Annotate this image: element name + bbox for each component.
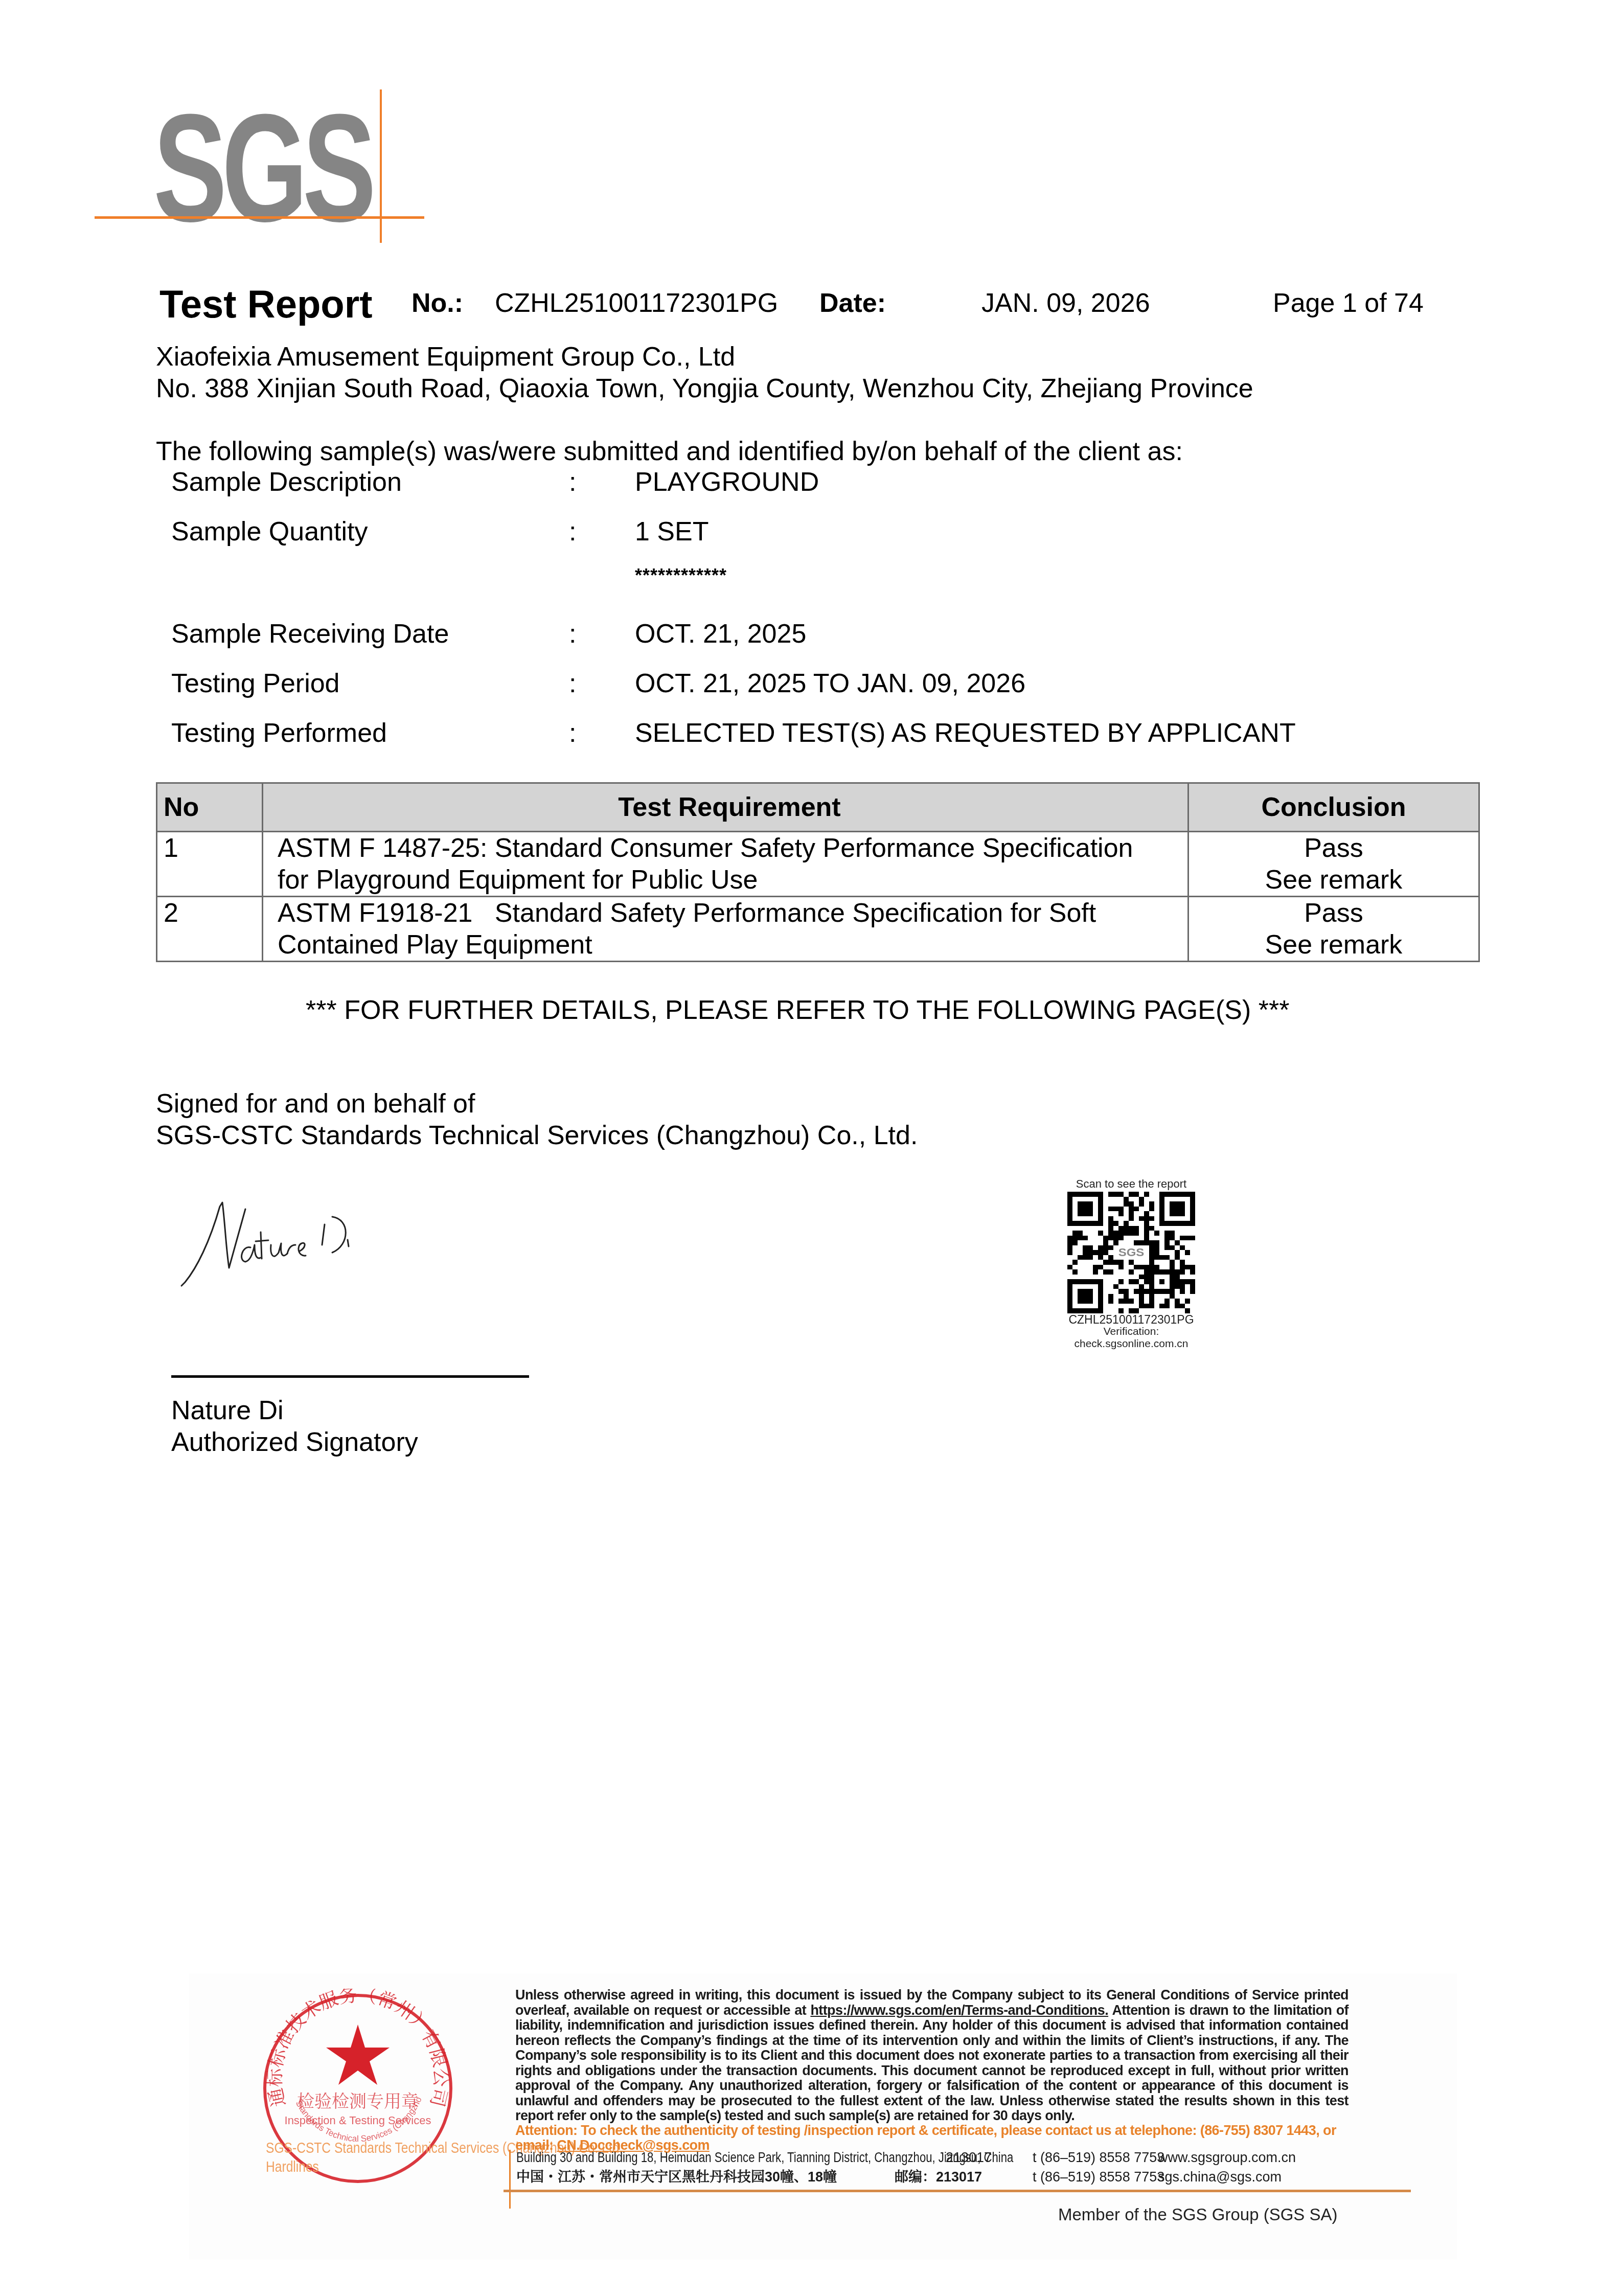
qr-code-icon[interactable]: SGS [1067,1192,1195,1313]
sample-intro: The following sample(s) was/were submitt… [156,436,1183,467]
postal-code-chinese: 邮编：213017 [895,2169,982,2185]
qr-verification-label: Verification: [1062,1326,1200,1338]
signature-image [174,1196,368,1293]
postal-code: 213017 [946,2150,992,2165]
separator: : [569,516,576,547]
sample-description-value: PLAYGROUND [635,467,819,497]
separator: : [569,668,576,699]
page-indicator: Page 1 of 74 [1273,287,1424,319]
table-row: 2 ASTM F1918-21 Standard Safety Performa… [157,897,1479,962]
footer-horizontal-rule [504,2190,1411,2192]
member-statement: Member of the SGS Group (SGS SA) [1058,2205,1338,2224]
test-requirement: ASTM F1918-21 Standard Safety Performanc… [263,897,1188,962]
stamp-center-chinese: 检验检测专用章 [297,2092,419,2112]
separator: : [569,619,576,649]
qr-center-logo: SGS [1118,1245,1145,1258]
sgs-logo: SGS [153,91,371,244]
conclusion: Pass See remark [1188,897,1479,962]
footer-vertical-rule [509,2150,511,2209]
row-number: 2 [157,897,263,962]
qr-caption: Scan to see the report [1062,1177,1200,1191]
legal-disclaimer: Unless otherwise agreed in writing, this… [515,1988,1348,2124]
telephone: t (86–519) 8558 7753 [1033,2169,1164,2185]
website-link[interactable]: www.sgsgroup.com.cn [1158,2150,1296,2165]
telephone: t (86–519) 8558 7753 [1033,2150,1164,2165]
separator: : [569,467,576,497]
disclaimer-text: Attention is drawn to the limitation of … [515,2003,1348,2124]
further-details-note: *** FOR FURTHER DETAILS, PLEASE REFER TO… [306,994,1289,1026]
qr-report-number: CZHL251001172301PG [1062,1313,1200,1326]
address-english: Building 30 and Building 18, Heimudan Sc… [516,2150,1013,2165]
column-header-conclusion: Conclusion [1188,783,1479,832]
authenticity-notice: Attention: To check the authenticity of … [515,2123,1354,2153]
star-icon [326,2025,390,2085]
sample-description-label: Sample Description [171,467,402,497]
test-requirement: ASTM F 1487-25: Standard Consumer Safety… [263,832,1188,897]
client-name: Xiaofeixia Amusement Equipment Group Co.… [156,341,735,373]
conclusion-remark: See remark [1195,929,1472,961]
client-address: No. 388 Xinjian South Road, Qiaoxia Town… [156,373,1253,404]
logo-horizontal-rule [95,216,424,219]
report-number-label: No.: [412,287,463,319]
testing-performed-label: Testing Performed [171,718,387,748]
requirement-line: Contained Play Equipment [278,929,1181,961]
sample-quantity-label: Sample Quantity [171,516,368,547]
signatory-role: Authorized Signatory [171,1426,418,1458]
requirement-line: ASTM F1918-21 Standard Safety Performanc… [278,897,1181,929]
conclusion-result: Pass [1195,897,1472,929]
table-header-row: No Test Requirement Conclusion [157,783,1479,832]
column-header-no: No [157,783,263,832]
asterisk-separator: ************ [635,565,727,586]
signing-company: SGS-CSTC Standards Technical Services (C… [156,1120,918,1151]
logo-vertical-rule [380,89,382,243]
date-label: Date: [819,287,886,319]
report-number: CZHL251001172301PG [495,287,778,319]
requirement-line: ASTM F 1487-25: Standard Consumer Safety… [278,832,1181,864]
sample-receiving-date-label: Sample Receiving Date [171,619,449,649]
qr-code-block: Scan to see the report SGS CZHL251001172… [1062,1177,1200,1350]
table-row: 1 ASTM F 1487-25: Standard Consumer Safe… [157,832,1479,897]
results-table: No Test Requirement Conclusion 1 ASTM F … [156,782,1480,962]
testing-performed-value: SELECTED TEST(S) AS REQUESTED BY APPLICA… [635,718,1296,748]
testing-period-label: Testing Period [171,668,340,699]
sample-receiving-date-value: OCT. 21, 2025 [635,619,806,649]
signatory-name: Nature Di [171,1395,284,1426]
sample-quantity-value: 1 SET [635,516,709,547]
email-link[interactable]: sgs.china@sgs.com [1158,2169,1282,2185]
separator: : [569,718,576,748]
address-chinese: 中国・江苏・常州市天宁区黑牡丹科技园30幢、18幢 [516,2169,837,2185]
testing-period-value: OCT. 21, 2025 TO JAN. 09, 2026 [635,668,1025,699]
column-header-test-requirement: Test Requirement [263,783,1188,832]
conclusion: Pass See remark [1188,832,1479,897]
report-date: JAN. 09, 2026 [981,287,1150,319]
conclusion-result: Pass [1195,832,1472,864]
footer-division: Hardlines [266,2158,319,2176]
report-title: Test Report [159,282,373,327]
conclusion-remark: See remark [1195,864,1472,896]
signed-for-label: Signed for and on behalf of [156,1088,475,1120]
qr-verification-site: check.sgsonline.com.cn [1062,1338,1200,1350]
signature-line [171,1375,529,1378]
terms-link[interactable]: https://www.sgs.com/en/Terms-and-Conditi… [810,2003,1108,2018]
row-number: 1 [157,832,263,897]
requirement-line: for Playground Equipment for Public Use [278,864,1181,896]
